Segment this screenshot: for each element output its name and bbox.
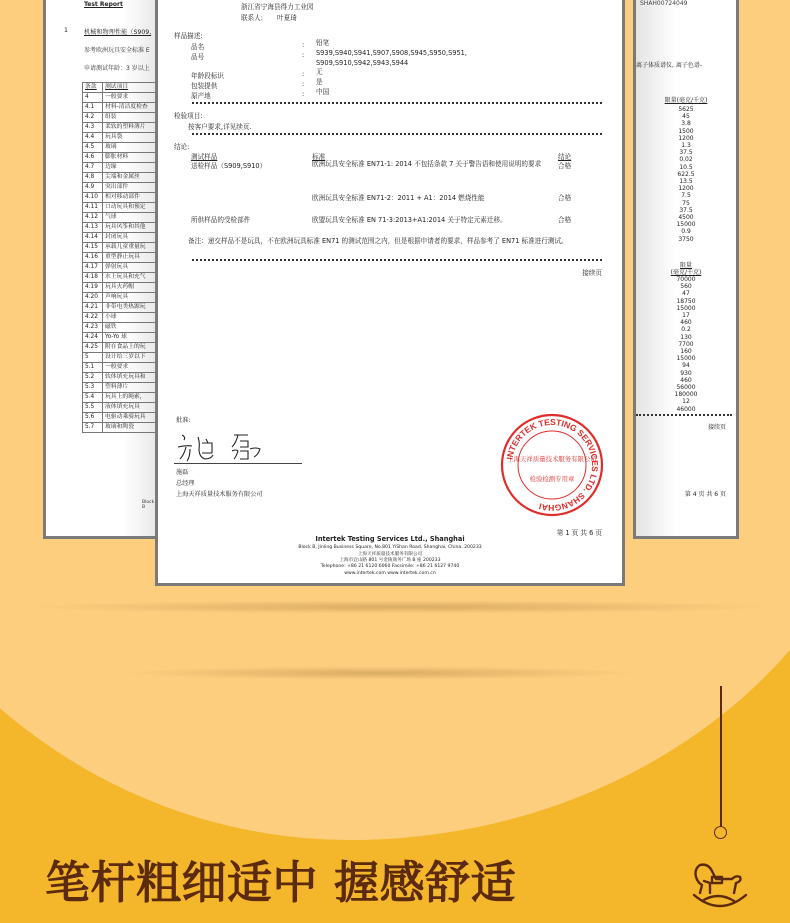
table-row: 5.6电驱动乘骑玩具: [83, 413, 157, 423]
table-row: 4.13玩具风筝和其他: [83, 223, 157, 233]
item-cell: 软体填充玩具和: [103, 373, 157, 383]
item-cell: 弹射玩具: [103, 263, 157, 273]
limit-value: 94: [636, 362, 736, 369]
clause-cell: 5.1: [83, 363, 103, 373]
report-id: SHAH00724049: [640, 0, 687, 7]
item-cell: 玩具风筝和其他: [103, 223, 157, 233]
clause-cell: 4.19: [83, 283, 103, 293]
limit-list: 5625453.8150012001.337.50.0210.5622.513.…: [636, 106, 736, 243]
footer-address-cn: 上海市宜山路 801 号金陵商务广场 B 座 200233: [158, 558, 622, 564]
limit-value: 3.8: [636, 120, 736, 127]
clause-cell: 4.23: [83, 323, 103, 333]
item-cell: 玩具上的绳索，: [103, 393, 157, 403]
signature: [176, 425, 276, 465]
clause-cell: 4.25: [83, 343, 103, 353]
limit-value: 15000: [636, 221, 736, 228]
limit-value: 160: [636, 348, 736, 355]
colon: :: [302, 41, 304, 49]
limit-value: 5625: [636, 106, 736, 113]
table-row: 4.11口动玩具和预定: [83, 203, 157, 213]
clause-cell: 5.3: [83, 383, 103, 393]
item-cell: 电驱动乘骑玩具: [103, 413, 157, 423]
clause-cell: 5: [83, 353, 103, 363]
table-row: 4.14封闭玩具: [83, 233, 157, 243]
table-row: 4.16重型静止玩具: [83, 253, 157, 263]
limit-header-2-line2: (毫克/千克): [636, 269, 736, 276]
conclusion-heading: 结论:: [174, 141, 189, 151]
section-title: 机械和物理性能（S909,: [84, 27, 151, 36]
clause-cell: 4.18: [83, 273, 103, 283]
item-cell: 附在食品上的玩: [103, 343, 157, 353]
limit-header-2: 限量 (毫克/千克): [636, 262, 736, 276]
dotted-divider: [192, 102, 602, 104]
table-row: 4.20声响玩具: [83, 293, 157, 303]
clause-cell: 4.24: [83, 333, 103, 343]
report-page-left: Test Report 1 机械和物理性能（S909, 参考欧洲玩具安全标准 E…: [43, 0, 160, 539]
item-cell: 玩具火药帽: [103, 283, 157, 293]
conclusion-sample: 所供样品的受检部件: [191, 214, 250, 224]
limit-value: 4500: [636, 214, 736, 221]
signer-name: 施磊: [176, 467, 188, 476]
clause-cell: 4.5: [83, 143, 103, 153]
clause-cell: 4.20: [83, 293, 103, 303]
signature-line: [174, 463, 302, 464]
table-row: 4.2组装: [83, 113, 157, 123]
item-cell: 封闭玩具: [103, 233, 157, 243]
limit-value: 1500: [636, 128, 736, 135]
table-row: 4.18水上玩具和充气: [83, 273, 157, 283]
item-cell: 组装: [103, 113, 157, 123]
item-cell: 玻璃和陶瓷: [103, 423, 157, 433]
table-row: 5.5液体填充玩具: [83, 403, 157, 413]
footer-web: www.intertek.com www.intertek.com.cn: [158, 571, 622, 577]
item-cell: Yo-Yo 球: [103, 333, 157, 343]
limit-value: 47: [636, 290, 736, 297]
item-cell: 小球: [103, 313, 157, 323]
limit-header-2-line1: 限量: [636, 262, 736, 269]
clause-cell: 4.2: [83, 113, 103, 123]
limit-value: 1.3: [636, 142, 736, 149]
item-cell: 设计给三岁以下: [103, 353, 157, 363]
limit-value: 17: [636, 312, 736, 319]
item-cell: 承载儿童重量玩: [103, 243, 157, 253]
continued-label: 接续页: [582, 267, 602, 277]
table-row: 4一般要求: [83, 93, 157, 103]
limit-value: 37.5: [636, 149, 736, 156]
clause-cell: 4.9: [83, 183, 103, 193]
clause-cell: 4.22: [83, 313, 103, 323]
clause-cell: 4.7: [83, 163, 103, 173]
clause-cell: 4.8: [83, 173, 103, 183]
item-cell: 突出部件: [103, 183, 157, 193]
clause-cell: 5.4: [83, 393, 103, 403]
table-row: 4.25附在食品上的玩: [83, 343, 157, 353]
table-row: 5.4玩具上的绳索，: [83, 393, 157, 403]
field-label: 品号: [191, 51, 204, 61]
clause-cell: 4.1: [83, 103, 103, 113]
limit-value: 56000: [636, 384, 736, 391]
limit-value: 130: [636, 334, 736, 341]
limit-value: 18750: [636, 298, 736, 305]
headline: 笔杆粗细适中 握感舒适: [45, 846, 516, 911]
clause-cell: 5.6: [83, 413, 103, 423]
table-row: 5.1一般要求: [83, 363, 157, 373]
limit-value: 7.5: [636, 192, 736, 199]
limit-value: 460: [636, 377, 736, 384]
field-value: S939,S940,S941,S907,S908,S945,S950,S951,…: [316, 49, 501, 68]
limit-value: 3750: [636, 236, 736, 243]
report-page-right: SHAH00724049 等离子体质谱仪, 离子色谱- 限量(毫克/千克) 56…: [633, 0, 739, 539]
limit-value: 70000: [636, 276, 736, 283]
hanging-ring: [714, 826, 727, 839]
limit-value: 7700: [636, 341, 736, 348]
item-cell: 非带电类热源玩: [103, 303, 157, 313]
clause-cell: 5.2: [83, 373, 103, 383]
limit-list-2: 70000560471875015000174600.2130770016015…: [636, 276, 736, 413]
item-cell: 相对移动部件: [103, 193, 157, 203]
footer-address-en: Block B, Jinling Business Square, No.801…: [158, 545, 622, 551]
item-cell: 尖端和金属丝: [103, 173, 157, 183]
limit-value: 460: [636, 319, 736, 326]
table-row: 4.8尖端和金属丝: [83, 173, 157, 183]
table-row: 4.22小球: [83, 313, 157, 323]
continued-label: 接续页: [708, 422, 726, 431]
table-row: 4.15承载儿童重量玩: [83, 243, 157, 253]
limit-value: 180000: [636, 391, 736, 398]
conclusion-standard: 欧盟玩具安全标准 EN 71-3:2013+A1:2014 关于特定元素迁移。: [312, 214, 507, 224]
test-items-table: 条款 测试项目 4一般要求4.1材料-清洁度检查4.2组装4.3柔软的塑料薄片4…: [82, 82, 157, 433]
client-address: 浙江省宁海县得力工业园: [241, 1, 314, 11]
clause-cell: 5.5: [83, 403, 103, 413]
page-shadow: [120, 666, 640, 680]
item-cell: 一般要求: [103, 363, 157, 373]
field-label: 品名: [191, 41, 204, 51]
page-shadow: [20, 600, 780, 614]
table-row: 4.9突出部件: [83, 183, 157, 193]
clause-cell: 4.15: [83, 243, 103, 253]
table-row: 4.19玩具火药帽: [83, 283, 157, 293]
limit-value: 13.5: [636, 178, 736, 185]
table-row: 4.12气球: [83, 213, 157, 223]
item-cell: 边缘: [103, 163, 157, 173]
colon: :: [302, 90, 304, 98]
table-row: 4.3柔软的塑料薄片: [83, 123, 157, 133]
remark: 备注：递交样品不是玩具，不在欧洲玩具标准 EN71 的测试范围之内，但是根据申请…: [188, 236, 608, 246]
field-value: 铅笔: [316, 39, 556, 49]
item-cell: 磁铁: [103, 323, 157, 333]
page-number: 第 4 页 共 6 页: [685, 489, 726, 498]
table-row: 4.17弹射玩具: [83, 263, 157, 273]
client-contact: 联系人:叶夏琦: [241, 12, 297, 22]
conclusion-result: 合格: [558, 160, 571, 170]
clause-cell: 4.17: [83, 263, 103, 273]
limit-value: 15000: [636, 355, 736, 362]
report-page-front: 浙江省宁海县得力工业园 联系人:叶夏琦 样品描述: 品名 : 铅笔 品号 : S…: [155, 0, 625, 586]
clause-cell: 4.14: [83, 233, 103, 243]
table-row: 4.5玻璃: [83, 143, 157, 153]
contact-name: 叶夏琦: [277, 14, 297, 22]
limit-value: 10.5: [636, 164, 736, 171]
conclusion-standard: 欧洲玩具安全标准 EN71-1: 2014 不包括条款 7 关于警告语和使用说明…: [312, 159, 547, 169]
signer-company: 上海天祥质量技术服务有限公司: [176, 489, 263, 498]
field-label: 原产地: [191, 90, 211, 100]
report-title: Test Report: [84, 1, 123, 8]
item-cell: 膨胀材料: [103, 153, 157, 163]
limit-value: 622.5: [636, 171, 736, 178]
table-row: 4.10相对移动部件: [83, 193, 157, 203]
limit-value: 1200: [636, 135, 736, 142]
item-cell: 口动玩具和预定: [103, 203, 157, 213]
table-row: 4.4玩具袋: [83, 133, 157, 143]
clause-cell: 4.12: [83, 213, 103, 223]
conclusion-sample: 送检样品（S909,S910）: [191, 160, 266, 170]
table-row: 4.7边缘: [83, 163, 157, 173]
limit-value: 560: [636, 283, 736, 290]
signer-title: 总经理: [176, 478, 195, 487]
sample-description-heading: 样品描述:: [174, 30, 203, 40]
field-label: 包装提供: [191, 80, 217, 90]
item-cell: 玩具袋: [103, 133, 157, 143]
field-value: 中国: [316, 88, 556, 98]
rocking-horse-icon: [690, 861, 748, 909]
test-items-heading: 检验项目:: [174, 110, 203, 120]
contact-label: 联系人:: [241, 14, 263, 22]
dotted-divider: [192, 133, 602, 135]
age-line: 申请测试年龄：3 岁以上: [84, 63, 150, 72]
limit-value: 15000: [636, 305, 736, 312]
limit-value: 1200: [636, 185, 736, 192]
clause-cell: 4.21: [83, 303, 103, 313]
company-seal: INTERTEK TESTING SERVICES LTD. SHANGHAI …: [498, 411, 606, 519]
colon: :: [302, 70, 304, 78]
dotted-divider: [192, 259, 602, 261]
table-row: 5设计给三岁以下: [83, 353, 157, 363]
table-row: 5.7玻璃和陶瓷: [83, 423, 157, 433]
item-cell: 材料-清洁度检查: [103, 103, 157, 113]
limit-value: 45: [636, 113, 736, 120]
approval-label: 批准:: [176, 415, 190, 424]
field-value: 是: [316, 78, 556, 88]
limit-header: 限量(毫克/千克): [636, 95, 736, 104]
item-cell: 塑料薄片: [103, 383, 157, 393]
footer-company: Intertek Testing Services Ltd., Shanghai: [158, 535, 622, 543]
clause-cell: 4.16: [83, 253, 103, 263]
footer-phone: Telephone: +86 21 6120 6060 Facsimile: +…: [158, 564, 622, 570]
item-cell: 声响玩具: [103, 293, 157, 303]
item-cell: 一般要求: [103, 93, 157, 103]
seal-inner-text: 上海天祥质量技术服务有限公司: [507, 454, 596, 463]
clause-cell: 4.4: [83, 133, 103, 143]
footer-company-cn: 上海天祥质量技术服务有限公司: [158, 552, 622, 558]
field-value: 无: [316, 68, 556, 78]
conclusion-result: 合格: [558, 192, 571, 202]
method-note: 等离子体质谱仪, 离子色谱-: [633, 60, 702, 69]
clause-cell: 5.7: [83, 423, 103, 433]
section-number: 1: [64, 27, 68, 34]
column-header: 测试项目: [103, 83, 157, 93]
hanging-line: [720, 686, 722, 827]
item-cell: 玻璃: [103, 143, 157, 153]
table-row: 4.1材料-清洁度检查: [83, 103, 157, 113]
limit-value: 0.2: [636, 326, 736, 333]
field-label: 年龄段标识: [191, 70, 224, 80]
table-header-row: 条款 测试项目: [83, 83, 157, 93]
clause-cell: 4.13: [83, 223, 103, 233]
conclusion-standard: 欧洲玩具安全标准 EN71-2：2011 + A1：2014 燃烧性能: [312, 192, 485, 202]
clause-cell: 4: [83, 93, 103, 103]
limit-value: 46000: [636, 406, 736, 413]
limit-value: 37.5: [636, 207, 736, 214]
table-row: 5.3塑料薄片: [83, 383, 157, 393]
test-items-text: 按客户要求,详见续页.: [188, 121, 252, 131]
table-row: 5.2软体填充玩具和: [83, 373, 157, 383]
clause-cell: 4.3: [83, 123, 103, 133]
table-row: 4.21非带电类热源玩: [83, 303, 157, 313]
limit-value: 0.9: [636, 228, 736, 235]
limit-value: 75: [636, 200, 736, 207]
limit-value: 930: [636, 370, 736, 377]
conclusion-result: 合格: [558, 214, 571, 224]
colon: :: [302, 80, 304, 88]
colon: :: [302, 51, 304, 59]
table-row: 4.23磁铁: [83, 323, 157, 333]
clause-cell: 4.11: [83, 203, 103, 213]
table-row: 4.24Yo-Yo 球: [83, 333, 157, 343]
item-cell: 气球: [103, 213, 157, 223]
item-cell: 液体填充玩具: [103, 403, 157, 413]
clause-cell: 4.6: [83, 153, 103, 163]
item-cell: 重型静止玩具: [103, 253, 157, 263]
item-cell: 柔软的塑料薄片: [103, 123, 157, 133]
table-row: 4.6膨胀材料: [83, 153, 157, 163]
limit-value: 0.02: [636, 156, 736, 163]
dotted-divider: [636, 414, 732, 416]
limit-value: 12: [636, 398, 736, 405]
clause-cell: 4.10: [83, 193, 103, 203]
item-cell: 水上玩具和充气: [103, 273, 157, 283]
seal-bottom-text: 检验检测专用章: [530, 474, 575, 483]
reference-line: 参考欧洲玩具安全标准 E: [84, 45, 150, 54]
column-header: 条款: [83, 83, 103, 93]
